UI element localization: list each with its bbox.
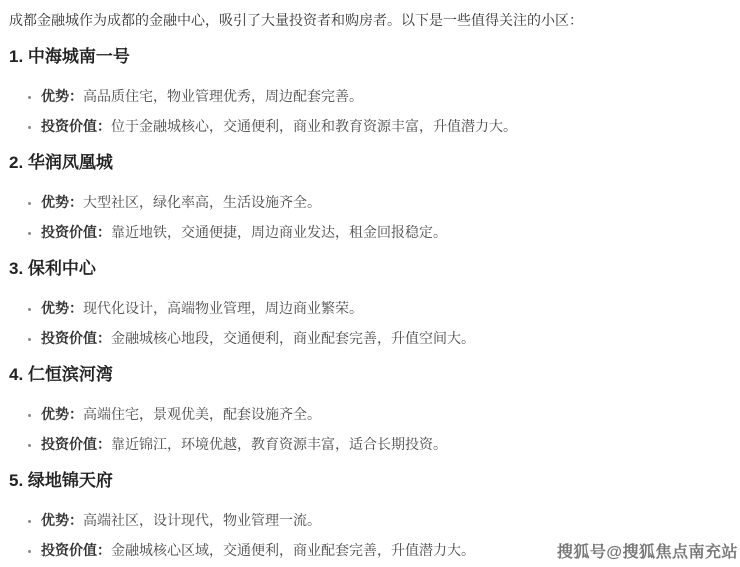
- investment-item: 投资价值：金融城核心地段，交通便利，商业配套完善，升值空间大。: [41, 328, 726, 349]
- community-section-4: 4. 仁恒滨河湾 优势：高端住宅，景观优美，配套设施齐全。 投资价值：靠近锦江，…: [9, 364, 726, 455]
- community-title: 3. 保利中心: [9, 258, 726, 280]
- investment-label: 投资价值：: [41, 224, 111, 240]
- intro-paragraph: 成都金融城作为成都的金融中心，吸引了大量投资者和购房者。以下是一些值得关注的小区…: [9, 9, 726, 31]
- community-section-3: 3. 保利中心 优势：现代化设计，高端物业管理，周边商业繁荣。 投资价值：金融城…: [9, 258, 726, 349]
- investment-text: 金融城核心区域，交通便利，商业配套完善，升值潜力大。: [111, 542, 475, 558]
- investment-text: 位于金融城核心，交通便利，商业和教育资源丰富，升值潜力大。: [111, 118, 517, 134]
- advantage-item: 优势：大型社区，绿化率高，生活设施齐全。: [41, 192, 726, 213]
- investment-label: 投资价值：: [41, 542, 111, 558]
- article-page: 成都金融城作为成都的金融中心，吸引了大量投资者和购房者。以下是一些值得关注的小区…: [0, 0, 740, 567]
- advantage-item: 优势：高品质住宅，物业管理优秀，周边配套完善。: [41, 86, 726, 107]
- advantage-text: 高品质住宅，物业管理优秀，周边配套完善。: [83, 88, 363, 104]
- investment-text: 靠近锦江，环境优越，教育资源丰富，适合长期投资。: [111, 436, 447, 452]
- community-points: 优势：高端住宅，景观优美，配套设施齐全。 投资价值：靠近锦江，环境优越，教育资源…: [9, 404, 726, 455]
- community-section-2: 2. 华润凤凰城 优势：大型社区，绿化率高，生活设施齐全。 投资价值：靠近地铁，…: [9, 152, 726, 243]
- advantage-item: 优势：高端住宅，景观优美，配套设施齐全。: [41, 404, 726, 425]
- community-title: 2. 华润凤凰城: [9, 152, 726, 174]
- community-section-1: 1. 中海城南一号 优势：高品质住宅，物业管理优秀，周边配套完善。 投资价值：位…: [9, 46, 726, 137]
- advantage-text: 大型社区，绿化率高，生活设施齐全。: [83, 194, 321, 210]
- investment-text: 靠近地铁，交通便捷，周边商业发达，租金回报稳定。: [111, 224, 447, 240]
- advantage-label: 优势：: [41, 88, 83, 104]
- advantage-text: 高端住宅，景观优美，配套设施齐全。: [83, 406, 321, 422]
- investment-label: 投资价值：: [41, 330, 111, 346]
- advantage-label: 优势：: [41, 512, 83, 528]
- community-points: 优势：高品质住宅，物业管理优秀，周边配套完善。 投资价值：位于金融城核心，交通便…: [9, 86, 726, 137]
- investment-item: 投资价值：靠近地铁，交通便捷，周边商业发达，租金回报稳定。: [41, 222, 726, 243]
- investment-label: 投资价值：: [41, 436, 111, 452]
- advantage-label: 优势：: [41, 406, 83, 422]
- investment-item: 投资价值：位于金融城核心，交通便利，商业和教育资源丰富，升值潜力大。: [41, 116, 726, 137]
- community-title: 1. 中海城南一号: [9, 46, 726, 68]
- investment-text: 金融城核心地段，交通便利，商业配套完善，升值空间大。: [111, 330, 475, 346]
- community-title: 5. 绿地锦天府: [9, 470, 726, 492]
- community-points: 优势：大型社区，绿化率高，生活设施齐全。 投资价值：靠近地铁，交通便捷，周边商业…: [9, 192, 726, 243]
- advantage-item: 优势：现代化设计，高端物业管理，周边商业繁荣。: [41, 298, 726, 319]
- advantage-text: 高端社区，设计现代，物业管理一流。: [83, 512, 321, 528]
- community-title: 4. 仁恒滨河湾: [9, 364, 726, 386]
- sohu-watermark: 搜狐号@搜狐焦点南充站: [557, 539, 738, 562]
- advantage-item: 优势：高端社区，设计现代，物业管理一流。: [41, 510, 726, 531]
- investment-item: 投资价值：靠近锦江，环境优越，教育资源丰富，适合长期投资。: [41, 434, 726, 455]
- advantage-text: 现代化设计，高端物业管理，周边商业繁荣。: [83, 300, 363, 316]
- advantage-label: 优势：: [41, 300, 83, 316]
- advantage-label: 优势：: [41, 194, 83, 210]
- investment-label: 投资价值：: [41, 118, 111, 134]
- community-points: 优势：现代化设计，高端物业管理，周边商业繁荣。 投资价值：金融城核心地段，交通便…: [9, 298, 726, 349]
